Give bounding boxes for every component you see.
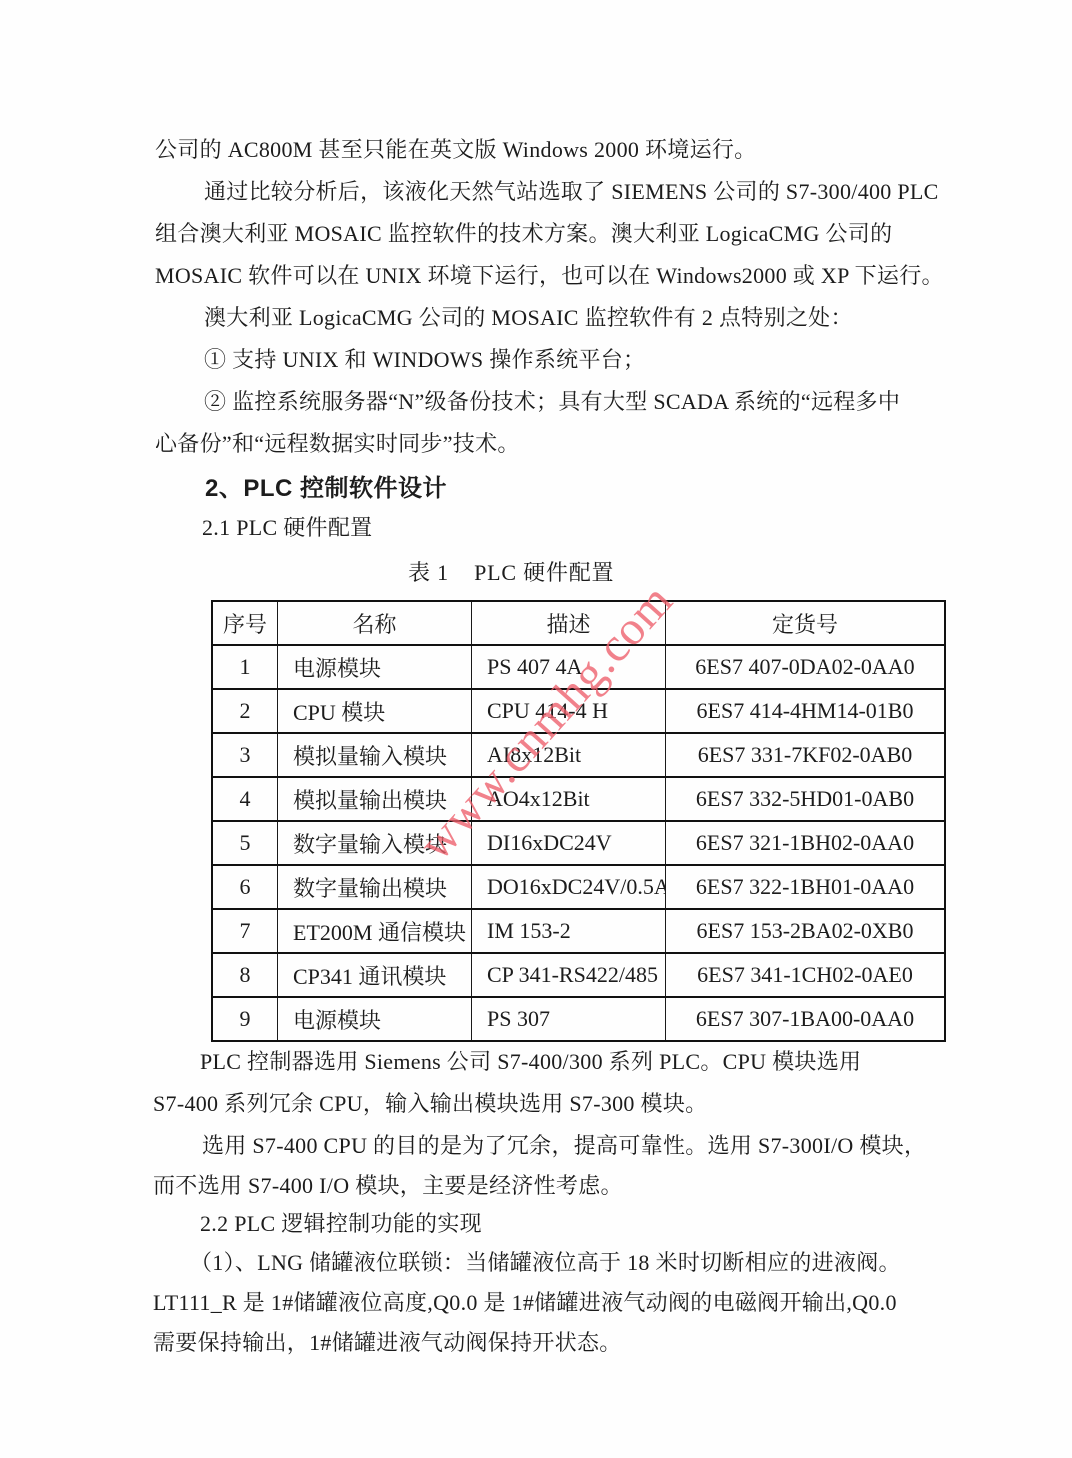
paragraph-line: PLC 控制器选用 Siemens 公司 S7-400/300 系列 PLC。C… xyxy=(200,1049,861,1075)
table-cell: DO16xDC24V/0.5A xyxy=(472,865,666,909)
table-cell: 数字量输出模块 xyxy=(278,865,472,909)
table-cell: 1 xyxy=(212,645,278,689)
table-cell: CP341 通讯模块 xyxy=(278,953,472,997)
table-cell: 2 xyxy=(212,689,278,733)
table-cell: 6ES7 414-4HM14-01B0 xyxy=(666,689,946,733)
list-item-2: ② 监控系统服务器“N”级备份技术；具有大型 SCADA 系统的“远程多中 xyxy=(204,389,900,415)
paragraph-line: （1）、LNG 储罐液位联锁：当储罐液位高于 18 米时切断相应的进液阀。 xyxy=(190,1250,901,1276)
table-header-cell: 序号 xyxy=(212,601,278,645)
paragraph-line: 公司的 AC800M 甚至只能在英文版 Windows 2000 环境运行。 xyxy=(155,137,756,163)
table-row: 5 数字量输入模块 DI16xDC24V 6ES7 321-1BH02-0AA0 xyxy=(212,821,945,865)
table-row: 3 模拟量输入模块 AI8x12Bit 6ES7 331-7KF02-0AB0 xyxy=(212,733,945,777)
table-cell: 7 xyxy=(212,909,278,953)
paragraph-line: 澳大利亚 LogicaCMG 公司的 MOSAIC 监控软件有 2 点特别之处： xyxy=(204,305,853,331)
paragraph-line: 组合澳大利亚 MOSAIC 监控软件的技术方案。澳大利亚 LogicaCMG 公… xyxy=(155,221,892,247)
table-cell: 电源模块 xyxy=(278,645,472,689)
table-caption: 表 1 PLC 硬件配置 xyxy=(408,560,614,586)
table-row: 6 数字量输出模块 DO16xDC24V/0.5A 6ES7 322-1BH01… xyxy=(212,865,945,909)
table-cell: 6ES7 321-1BH02-0AA0 xyxy=(666,821,946,865)
table-cell: 4 xyxy=(212,777,278,821)
table-row: 7 ET200M 通信模块 IM 153-2 6ES7 153-2BA02-0X… xyxy=(212,909,945,953)
table-row: 8 CP341 通讯模块 CP 341-RS422/485 6ES7 341-1… xyxy=(212,953,945,997)
table-cell: 9 xyxy=(212,997,278,1041)
table-cell: 3 xyxy=(212,733,278,777)
table-header-row: 序号 名称 描述 定货号 xyxy=(212,601,945,645)
table-cell: 6ES7 331-7KF02-0AB0 xyxy=(666,733,946,777)
list-item-1: ① 支持 UNIX 和 WINDOWS 操作系统平台； xyxy=(204,347,645,373)
table-cell: DI16xDC24V xyxy=(472,821,666,865)
paragraph-line: 心备份”和“远程数据实时同步”技术。 xyxy=(155,431,520,457)
document-page: 公司的 AC800M 甚至只能在英文版 Windows 2000 环境运行。 通… xyxy=(0,0,1072,1458)
table-cell: 5 xyxy=(212,821,278,865)
table-cell: IM 153-2 xyxy=(472,909,666,953)
table-header-cell: 名称 xyxy=(278,601,472,645)
table-header-cell: 定货号 xyxy=(666,601,946,645)
table-cell: CP 341-RS422/485 xyxy=(472,953,666,997)
table-cell: 6ES7 407-0DA02-0AA0 xyxy=(666,645,946,689)
paragraph-line: LT111_R 是 1#储罐液位高度,Q0.0 是 1#储罐进液气动阀的电磁阀开… xyxy=(153,1290,897,1316)
section-subheading: 2.2 PLC 逻辑控制功能的实现 xyxy=(200,1211,482,1237)
paragraph-line: 而不选用 S7-400 I/O 模块，主要是经济性考虑。 xyxy=(153,1173,623,1199)
paragraph-line: 需要保持输出，1#储罐进液气动阀保持开状态。 xyxy=(153,1330,622,1356)
table-cell: PS 307 xyxy=(472,997,666,1041)
paragraph-line: 通过比较分析后，该液化天然气站选取了 SIEMENS 公司的 S7-300/40… xyxy=(204,179,939,205)
paragraph-line: MOSAIC 软件可以在 UNIX 环境下运行，也可以在 Windows2000… xyxy=(155,263,944,289)
table-cell: CPU 模块 xyxy=(278,689,472,733)
table-cell: ET200M 通信模块 xyxy=(278,909,472,953)
table-cell: 6ES7 153-2BA02-0XB0 xyxy=(666,909,946,953)
table-cell: 6ES7 332-5HD01-0AB0 xyxy=(666,777,946,821)
table-cell: 电源模块 xyxy=(278,997,472,1041)
paragraph-line: 选用 S7-400 CPU 的目的是为了冗余，提高可靠性。选用 S7-300I/… xyxy=(202,1133,926,1159)
section-heading: 2、PLC 控制软件设计 xyxy=(205,475,447,503)
table-cell: 8 xyxy=(212,953,278,997)
table-cell: 6ES7 307-1BA00-0AA0 xyxy=(666,997,946,1041)
paragraph-line: S7-400 系列冗余 CPU，输入输出模块选用 S7-300 模块。 xyxy=(153,1091,707,1117)
table-cell: 6ES7 322-1BH01-0AA0 xyxy=(666,865,946,909)
table-cell: 6ES7 341-1CH02-0AE0 xyxy=(666,953,946,997)
table-row: 9 电源模块 PS 307 6ES7 307-1BA00-0AA0 xyxy=(212,997,945,1041)
table-cell: 6 xyxy=(212,865,278,909)
table-cell: 模拟量输入模块 xyxy=(278,733,472,777)
section-subheading: 2.1 PLC 硬件配置 xyxy=(202,515,372,541)
table-row: 4 模拟量输出模块 AO4x12Bit 6ES7 332-5HD01-0AB0 xyxy=(212,777,945,821)
